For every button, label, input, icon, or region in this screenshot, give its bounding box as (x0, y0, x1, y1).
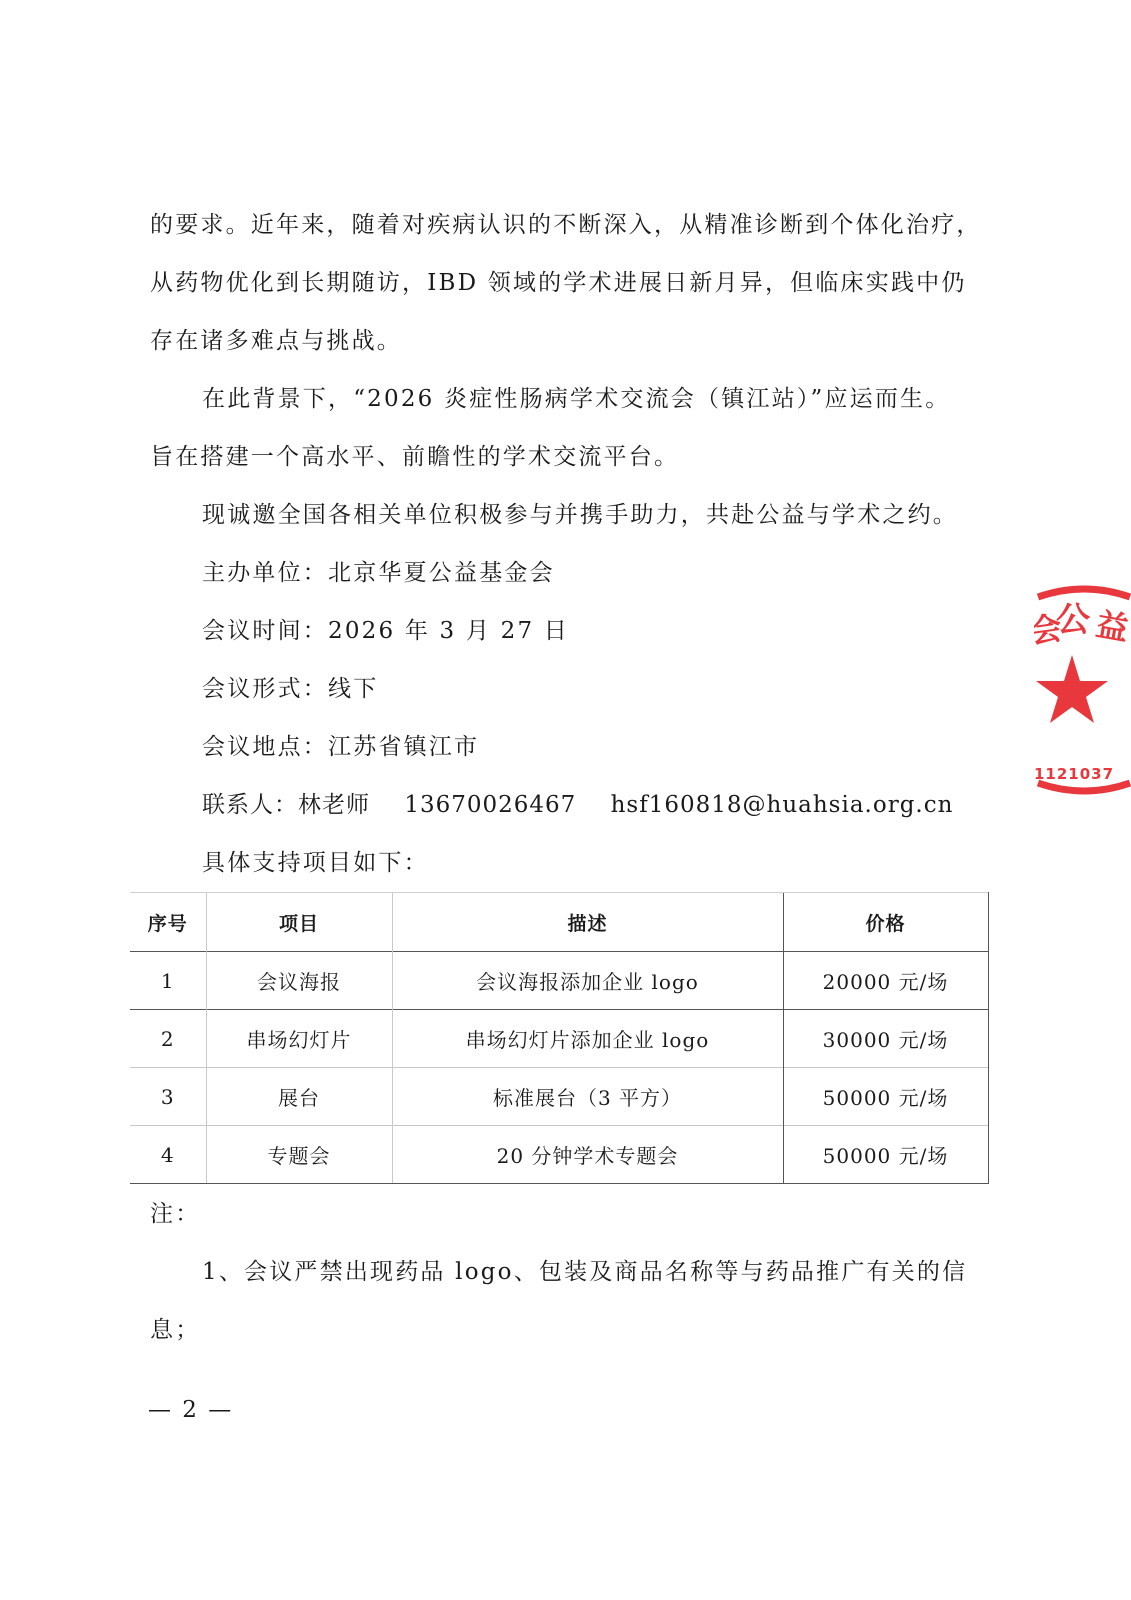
contact-email: hsf160818@huahsia.org.cn (611, 790, 954, 820)
cell-description: 20 分钟学术专题会 (392, 1126, 783, 1184)
table-row: 3 展台 标准展台（3 平方） 50000 元/场 (130, 1068, 988, 1126)
cell-price: 50000 元/场 (783, 1126, 988, 1184)
meeting-time-text: 会议时间：2026 年 3 月 27 日 (202, 616, 1032, 646)
svg-text:公: 公 (1056, 600, 1090, 640)
paragraph-line: 存在诸多难点与挑战。 (150, 326, 980, 356)
header-description: 描述 (392, 893, 783, 952)
svg-text:1121037: 1121037 (1034, 765, 1114, 783)
table-row: 4 专题会 20 分钟学术专题会 50000 元/场 (130, 1126, 988, 1184)
table-row: 2 串场幻灯片 串场幻灯片添加企业 logo 30000 元/场 (130, 1010, 988, 1068)
official-seal: 会 公 益 1121037 (1034, 583, 1131, 803)
paragraph-line: 在此背景下，“2026 炎症性肠病学术交流会（镇江站）”应运而生。 (202, 384, 1032, 414)
svg-text:益: 益 (1093, 605, 1131, 648)
header-item: 项目 (206, 893, 392, 952)
paragraph-line: 从药物优化到长期随访，IBD 领域的学术进展日新月异，但临床实践中仍 (150, 268, 980, 298)
cell-description: 会议海报添加企业 logo (392, 952, 783, 1010)
note-line: 1、会议严禁出现药品 logo、包装及商品名称等与药品推广有关的信 (202, 1257, 1032, 1287)
cell-price: 30000 元/场 (783, 1010, 988, 1068)
header-index: 序号 (130, 893, 206, 952)
table-header-row: 序号 项目 描述 价格 (130, 893, 988, 952)
notes-label: 注： (150, 1199, 980, 1229)
seal-icon: 会 公 益 1121037 (1034, 583, 1131, 803)
cell-index: 3 (130, 1068, 206, 1126)
cell-index: 4 (130, 1126, 206, 1184)
cell-description: 标准展台（3 平方） (392, 1068, 783, 1126)
cell-item: 专题会 (206, 1126, 392, 1184)
cell-item: 串场幻灯片 (206, 1010, 392, 1068)
contact-label: 联系人：林老师 (202, 790, 370, 820)
note-line: 息； (150, 1315, 980, 1345)
document-page: 的要求。近年来，随着对疾病认识的不断深入，从精准诊断到个体化治疗， 从药物优化到… (0, 0, 1131, 1600)
cell-description: 串场幻灯片添加企业 logo (392, 1010, 783, 1068)
paragraph-line: 的要求。近年来，随着对疾病认识的不断深入，从精准诊断到个体化治疗， (150, 210, 980, 240)
cell-item: 会议海报 (206, 952, 392, 1010)
contact-phone: 13670026467 (404, 790, 576, 820)
meeting-location-text: 会议地点：江苏省镇江市 (202, 732, 1032, 762)
contact-line: 联系人：林老师 13670026467 hsf160818@huahsia.or… (202, 790, 1032, 820)
cell-price: 20000 元/场 (783, 952, 988, 1010)
meeting-format-text: 会议形式：线下 (202, 674, 1032, 704)
table-intro-text: 具体支持项目如下： (202, 848, 1032, 878)
cell-item: 展台 (206, 1068, 392, 1126)
invitation-text: 现诚邀全国各相关单位积极参与并携手助力，共赴公益与学术之约。 (202, 500, 1032, 530)
organizer-text: 主办单位：北京华夏公益基金会 (202, 558, 1032, 588)
table-row: 1 会议海报 会议海报添加企业 logo 20000 元/场 (130, 952, 988, 1010)
support-items-table: 序号 项目 描述 价格 1 会议海报 会议海报添加企业 logo 20000 元… (130, 892, 989, 1184)
paragraph-line: 旨在搭建一个高水平、前瞻性的学术交流平台。 (150, 442, 980, 472)
page-number: — 2 — (148, 1397, 233, 1423)
cell-index: 2 (130, 1010, 206, 1068)
header-price: 价格 (783, 893, 988, 952)
cell-price: 50000 元/场 (783, 1068, 988, 1126)
cell-index: 1 (130, 952, 206, 1010)
